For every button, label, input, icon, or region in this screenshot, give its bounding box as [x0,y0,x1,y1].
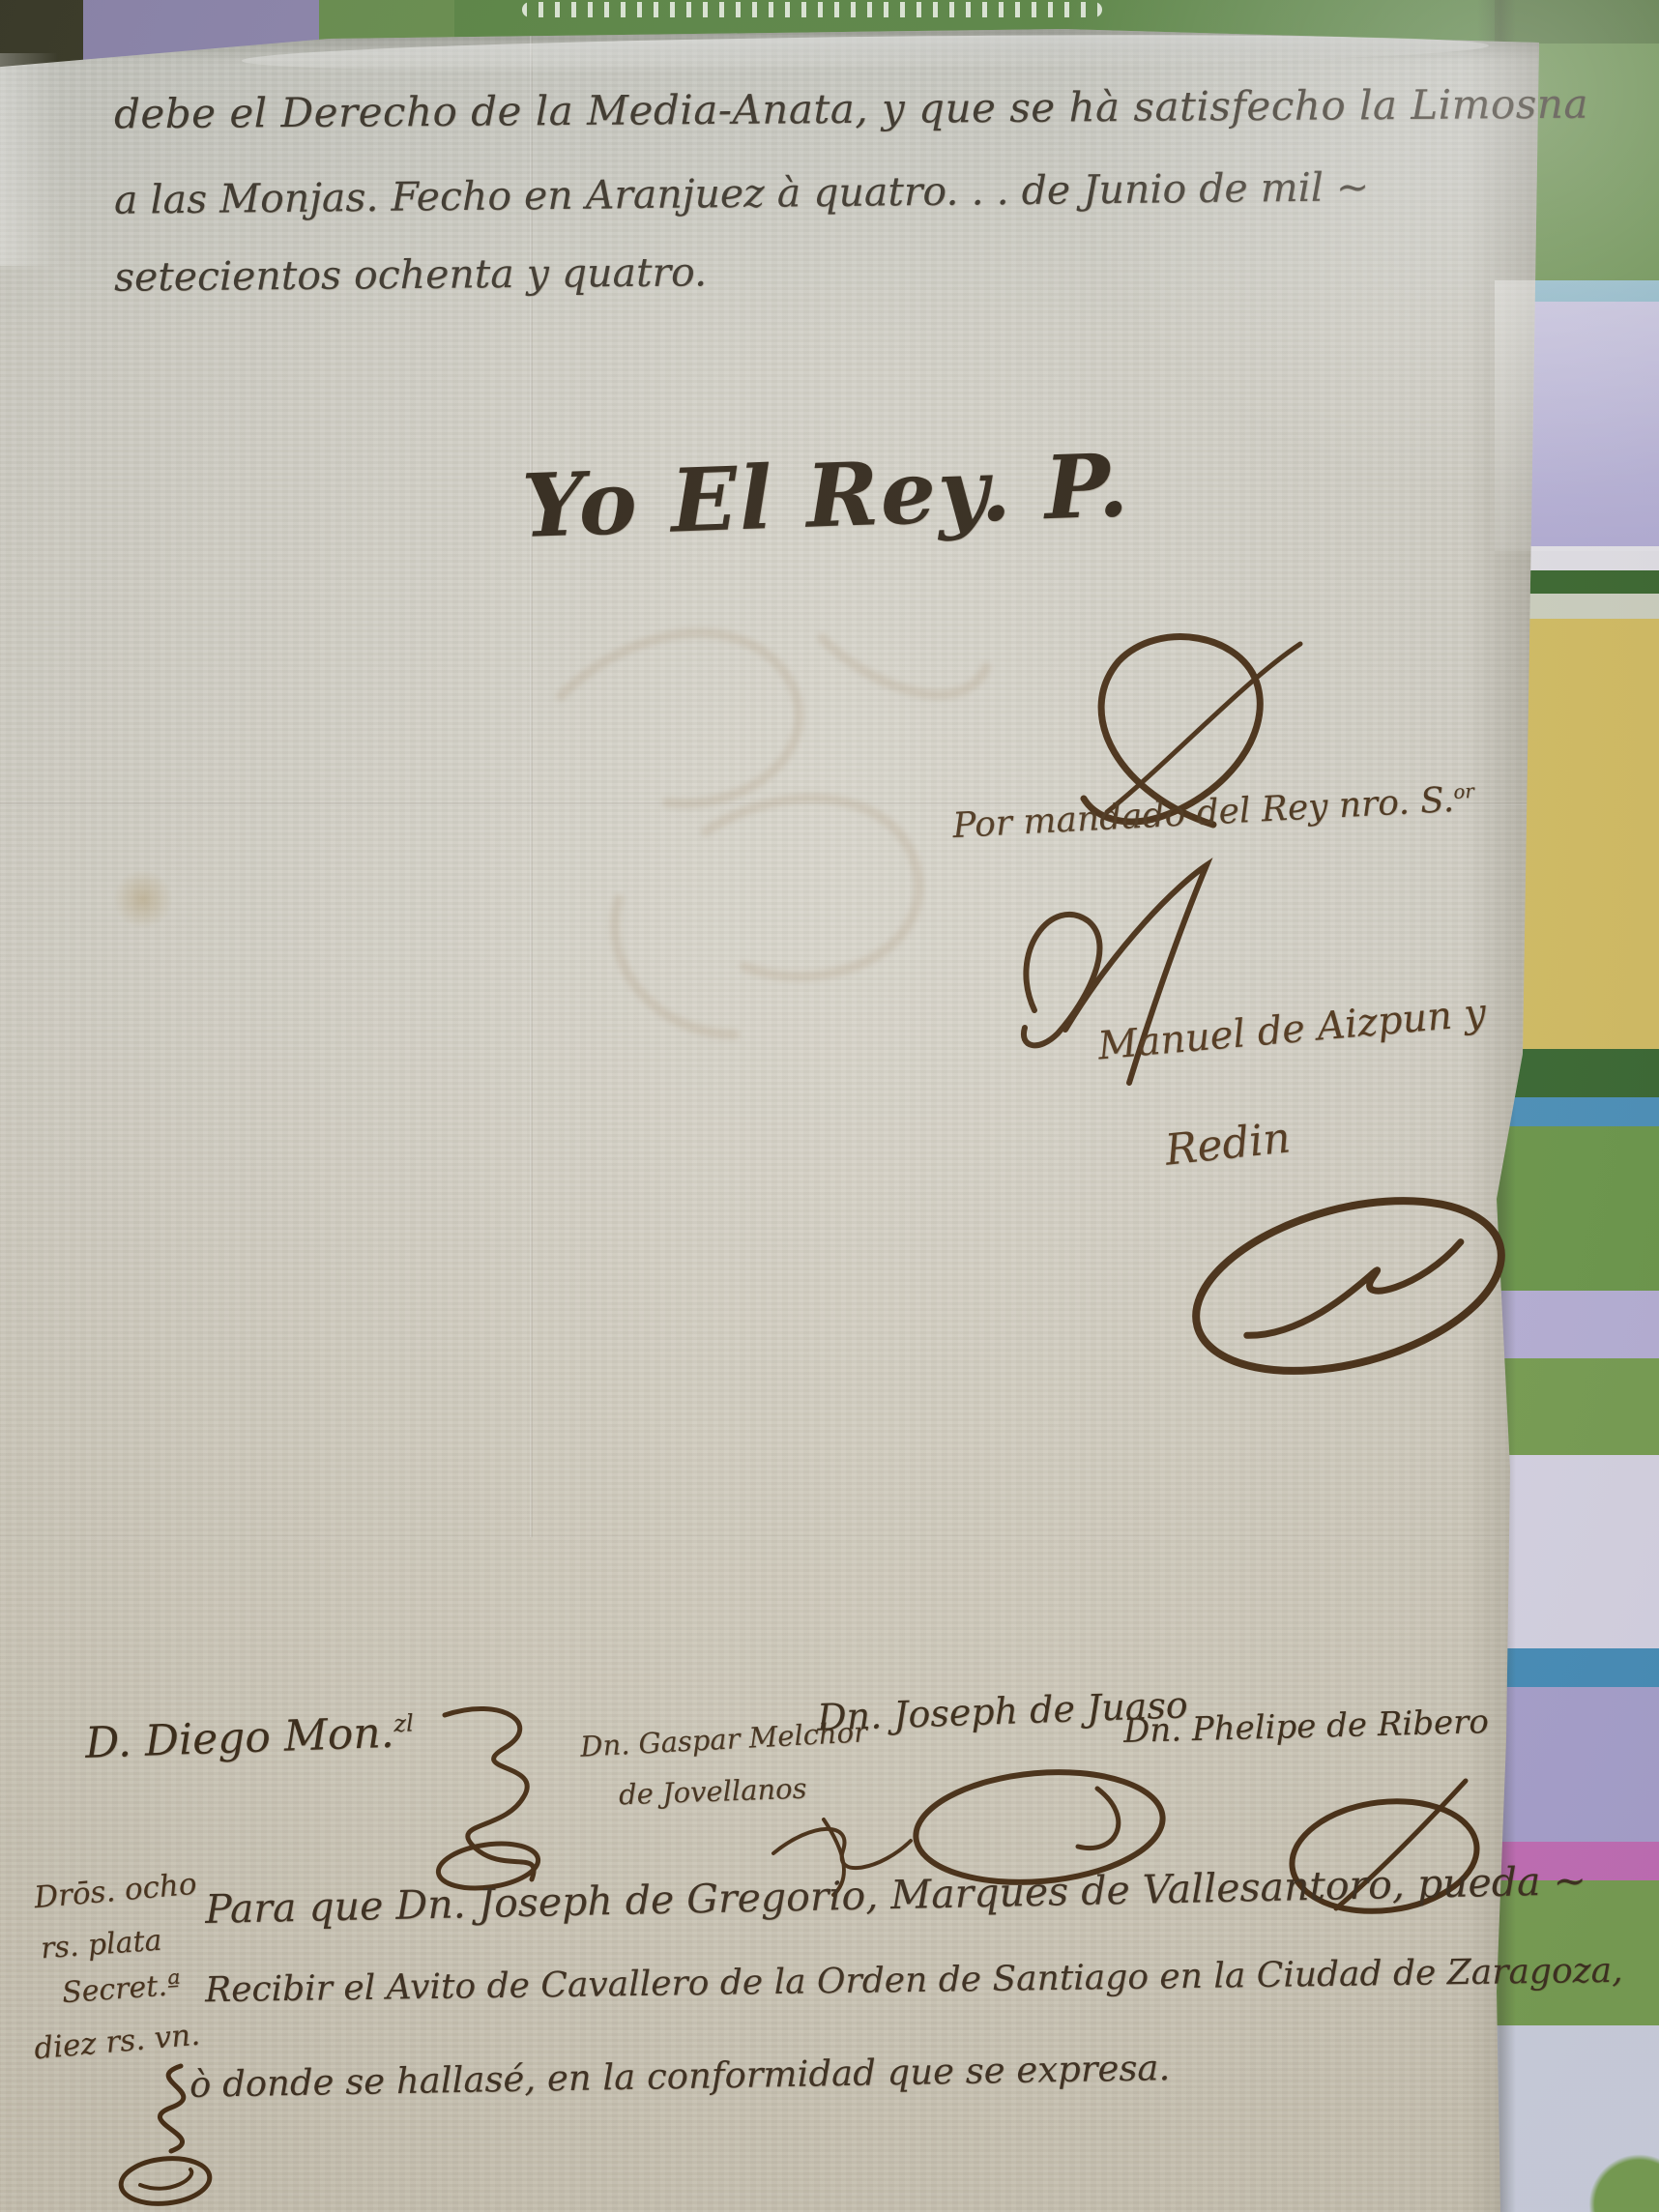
fabric-band-blue [1495,1648,1659,1687]
fabric-band-green-floral [1495,1358,1659,1455]
fabric-band-lavender [1495,1687,1659,1842]
royal-signature-text: Yo El Rey. [520,438,1014,558]
fabric-band-pale-wide [1495,1455,1659,1648]
fabric-band-pale-corner [1495,2025,1659,2212]
body-text-line-3: setecientos ochenta y quatro. [114,248,707,300]
paper-stain [114,868,172,930]
royal-signature: Yo El Rey. P. [520,434,1131,558]
signature-diego-superscript: zl [393,1709,414,1737]
manuscript-photo: debe el Derecho de la Media-Anata, y que… [0,0,1659,2212]
royal-signature-flourish: P. [1043,434,1132,539]
fabric-stitch-row [522,2,1102,17]
horizontal-fold-crease [0,1535,1547,1537]
countersigner-rubric-oval [1165,1167,1532,1405]
countersign-order-superscript: or [1453,780,1475,803]
fabric-band-blue [1495,1097,1659,1126]
fabric-band-green-dark [1495,0,1659,44]
diego-rubric-flourish [416,1694,566,1892]
